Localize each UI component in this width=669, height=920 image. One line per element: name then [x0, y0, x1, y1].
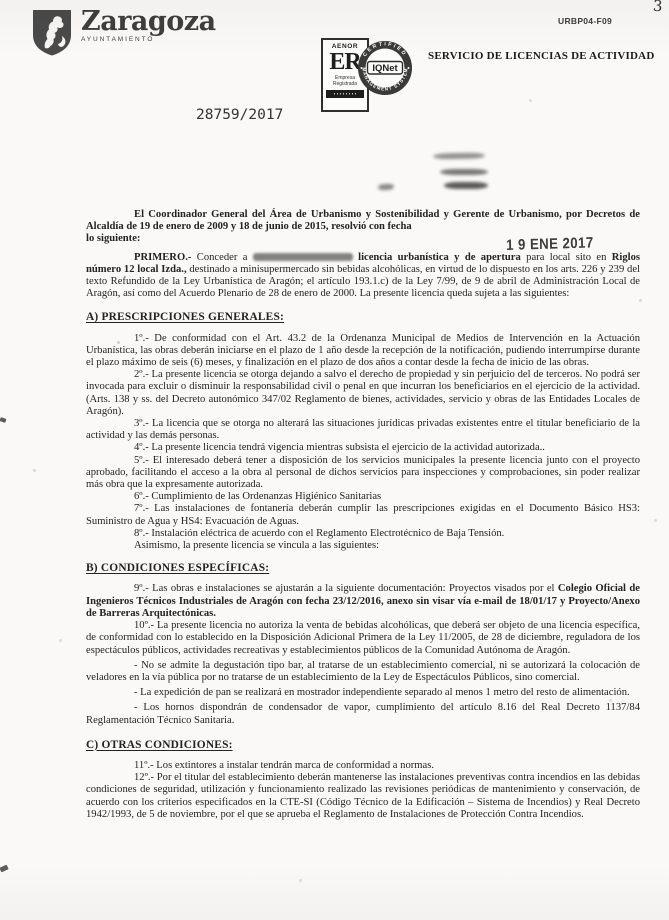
city-name: Zaragoza — [81, 8, 216, 35]
text: 1º.- De conformidad con el Art. 43.2 de … — [86, 333, 640, 368]
text: 6º.- Cumplimiento de las Ordenanzas Higi… — [134, 491, 381, 502]
paragraph: Asimismo, la presente licencia se vincul… — [86, 540, 640, 552]
text: 11º.- Los extintores a instalar tendrán … — [134, 760, 434, 771]
paragraph: 4º.- La presente licencia tendrá vigenci… — [86, 442, 640, 454]
text: 10º.- La presente licencia no autoriza l… — [86, 620, 640, 655]
paragraph: 2º.- La presente licencia se otorga deja… — [86, 369, 640, 418]
text: 9º.- Las obras e instalaciones se ajusta… — [134, 583, 558, 594]
text: 3º.- La licencia que se otorga no altera… — [86, 418, 640, 441]
text: Conceder a — [197, 252, 253, 263]
paragraph: - Los hornos dispondrán de condensador d… — [86, 702, 640, 726]
text: Asimismo, la presente licencia se vincul… — [134, 540, 379, 551]
city-subtitle: AYUNTAMIENTO — [81, 37, 216, 44]
paragraph: 10º.- La presente licencia no autoriza l… — [86, 620, 640, 657]
text-bold: PRIMERO.- — [134, 252, 197, 263]
zaragoza-shield-icon — [30, 8, 74, 58]
paragraph: PRIMERO.- Conceder a licencia urbanístic… — [86, 252, 640, 301]
text: - No se admite la degustación tipo bar, … — [86, 660, 640, 683]
redacted-smudge — [378, 184, 394, 191]
text: 7º.- Las instalaciones de fontanería deb… — [86, 503, 640, 526]
paragraph: 11º.- Los extintores a instalar tendrán … — [86, 760, 640, 772]
paragraph: El Coordinador General del Área de Urban… — [86, 209, 640, 246]
section-heading: B) CONDICIONES ESPECÍFICAS: — [86, 562, 640, 574]
zaragoza-logo: Zaragoza AYUNTAMIENTO — [30, 8, 216, 58]
text-bold: licencia urbanística y de apertura — [353, 252, 526, 263]
service-title: SERVICIO DE LICENCIAS DE ACTIVIDAD — [428, 50, 654, 62]
paragraph: 6º.- Cumplimiento de las Ordenanzas Higi… — [86, 491, 640, 503]
paragraph: 5º.- El interesado deberá tener a dispos… — [86, 455, 640, 492]
redacted-smudge — [433, 153, 485, 160]
section-heading: C) OTRAS CONDICIONES: — [86, 739, 640, 751]
section-heading: A) PRESCRIPCIONES GENERALES: — [86, 311, 640, 323]
file-number: 28759/2017 — [196, 107, 283, 123]
scan-edge-mark — [0, 417, 7, 423]
paragraph: - No se admite la degustación tipo bar, … — [86, 660, 640, 684]
text: 12º.- Por el titular del establecimiento… — [86, 772, 640, 820]
text: 8º.- Instalación eléctrica de acuerdo co… — [134, 528, 504, 539]
redacted-smudge — [440, 169, 488, 175]
text: 4º.- La presente licencia tendrá vigenci… — [134, 442, 545, 453]
paragraph: 12º.- Por el titular del establecimiento… — [86, 772, 640, 821]
paragraph: 1º.- De conformidad con el Art. 43.2 de … — [86, 333, 640, 370]
redacted-smudge — [444, 182, 488, 189]
text: 5º.- El interesado deberá tener a dispos… — [86, 455, 640, 490]
paragraph: 9º.- Las obras e instalaciones se ajusta… — [86, 583, 640, 620]
iqnet-seal-icon: CERTIFIED MANAGEMENT SYSTEM IQNet — [357, 40, 413, 96]
handwritten-page-number: 3 — [653, 0, 664, 15]
text: - Los hornos dispondrán de condensador d… — [86, 702, 640, 725]
text-bold: El Coordinador General del Área de Urban… — [86, 209, 640, 232]
paragraph: 8º.- Instalación eléctrica de acuerdo co… — [86, 528, 640, 540]
iqnet-name-label: IQNet — [372, 63, 398, 74]
text: - La expedición de pan se realizará en m… — [134, 687, 630, 698]
scanned-license-document: 3 URBP04-F09 Zaragoza AYUNTAMIENTO AENOR… — [0, 0, 669, 920]
text-bold: lo siguiente: — [86, 233, 140, 244]
document-body: El Coordinador General del Área de Urban… — [86, 209, 640, 821]
form-code: URBP04-F09 — [558, 16, 612, 26]
iqnet-certification-logo: CERTIFIED MANAGEMENT SYSTEM IQNet — [357, 40, 413, 101]
text: 2º.- La presente licencia se otorga deja… — [86, 369, 640, 417]
paragraph: 3º.- La licencia que se otorga no altera… — [86, 418, 640, 442]
paragraph: - La expedición de pan se realizará en m… — [86, 687, 640, 699]
paragraph: 7º.- Las instalaciones de fontanería deb… — [86, 503, 640, 527]
redacted-text — [253, 253, 353, 261]
text: para local sito en — [526, 252, 612, 263]
scan-edge-mark — [0, 865, 9, 873]
scan-noise — [0, 0, 1, 1]
